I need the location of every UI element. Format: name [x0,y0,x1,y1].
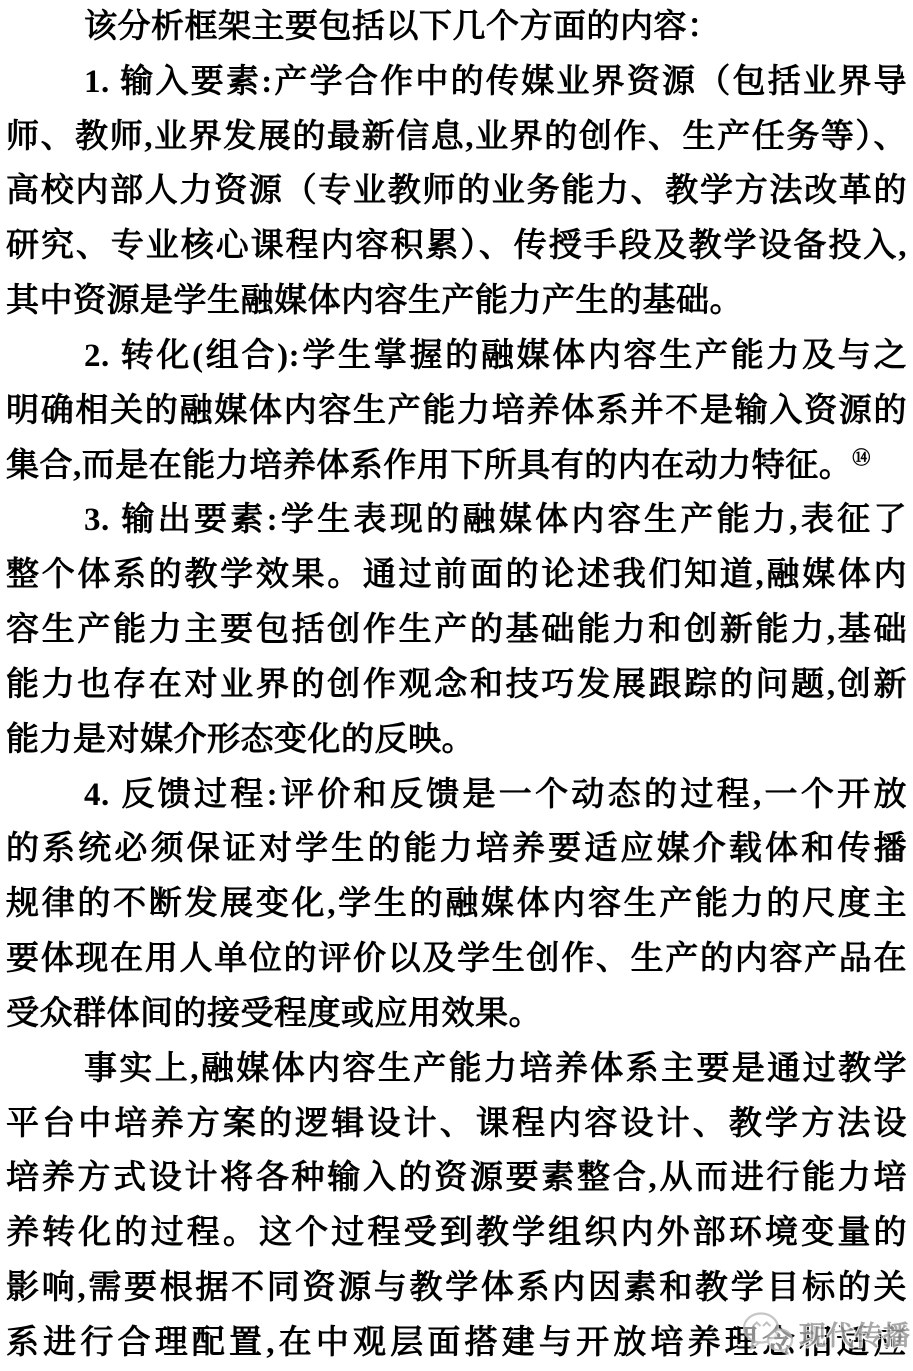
text-line: 的系统必须保证对学生的能力培养要适应媒介载体和传播 [6,822,907,877]
document-body: 该分析框架主要包括以下几个方面的内容：1. 输入要素:产学合作中的传媒业界资源（… [0,0,913,1371]
text-line: 事实上,融媒体内容生产能力培养体系主要是通过教学 [6,1042,907,1097]
text-line: 4. 反馈过程:评价和反馈是一个动态的过程,一个开放 [6,768,907,823]
text-line: 能力是对媒介形态变化的反映。 [6,713,907,768]
footnote-mark: ⑭ [852,448,871,468]
text-line: 要体现在用人单位的评价以及学生创作、生产的内容产品在 [6,932,907,987]
text-line: 明确相关的融媒体内容生产能力培养体系并不是输入资源的 [6,384,907,439]
text-line: 养转化的过程。这个过程受到教学组织内外部环境变量的 [6,1206,907,1261]
text-line: 容生产能力主要包括创作生产的基础能力和创新能力,基础 [6,603,907,658]
text-line: 系进行合理配置,在中观层面搭建与开放培养理念相适应 [6,1316,907,1371]
text-line: 高校内部人力资源（专业教师的业务能力、教学方法改革的 [6,164,907,219]
text-line: 整个体系的教学效果。通过前面的论述我们知道,融媒体内 [6,548,907,603]
text-line: 培养方式设计将各种输入的资源要素整合,从而进行能力培 [6,1151,907,1206]
document-page: 该分析框架主要包括以下几个方面的内容：1. 输入要素:产学合作中的传媒业界资源（… [0,0,913,1371]
text-line: 能力也存在对业界的创作观念和技巧发展跟踪的问题,创新 [6,658,907,713]
text-line: 研究、专业核心课程内容积累）、传授手段及教学设备投入, [6,219,907,274]
text-line: 该分析框架主要包括以下几个方面的内容： [6,0,907,55]
text-line: 受众群体间的接受程度或应用效果。 [6,987,907,1042]
text-line: 集合,而是在能力培养体系作用下所具有的内在动力特征。⑭ [6,439,907,494]
text-line: 师、教师,业界发展的最新信息,业界的创作、生产任务等）、 [6,110,907,165]
text-line: 1. 输入要素:产学合作中的传媒业界资源（包括业界导 [6,55,907,110]
text-line: 平台中培养方案的逻辑设计、课程内容设计、教学方法设计、 [6,1097,907,1152]
text-line: 3. 输出要素:学生表现的融媒体内容生产能力,表征了 [6,493,907,548]
text-line: 影响,需要根据不同资源与教学体系内因素和教学目标的关 [6,1261,907,1316]
text-line: 规律的不断发展变化,学生的融媒体内容生产能力的尺度主 [6,877,907,932]
text-line: 2. 转化(组合):学生掌握的融媒体内容生产能力及与之 [6,329,907,384]
text-line: 其中资源是学生融媒体内容生产能力产生的基础。 [6,274,907,329]
